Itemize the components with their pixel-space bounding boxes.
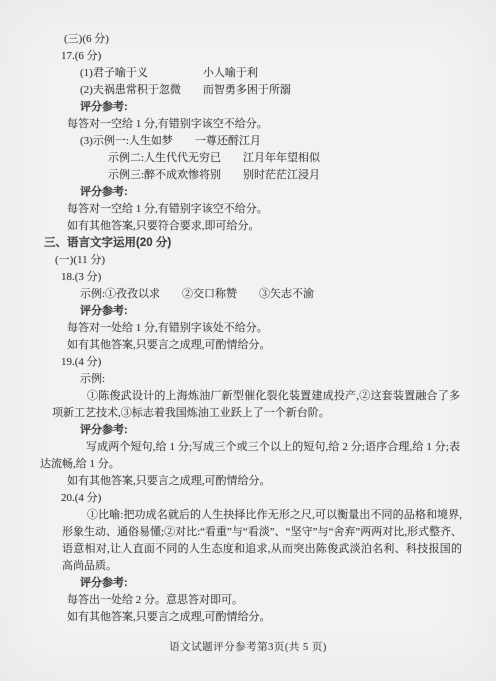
q17-blank3-example-2: 示例二:人生代代无穷已 江月年年望相似 — [108, 150, 496, 167]
part-c-heading: (三)(6 分) — [64, 31, 496, 48]
document-body: (三)(6 分) 17.(6 分) (1)君子喻于义 小人喻于利 (2)夫祸患常… — [0, 31, 496, 626]
q20-scoring-rule-1: 每答出一处给 2 分。意思答对即可。 — [67, 592, 496, 609]
q20-answer: ①比喻:把功成名就后的人生抉择比作无形之尺,可以衡量出不同的品格和境界,形象生动… — [62, 507, 462, 575]
part-3-heading: 三、语言文字运用(20 分) — [44, 235, 496, 252]
q18-scoring-title: 评分参考: — [80, 303, 496, 320]
q17-blank-2: (2)夫祸患常积于忽微 而智勇多困于所溺 — [80, 82, 496, 99]
q19-scoring-rule-2: 如有其他答案,只要言之成理,可酌情给分。 — [67, 473, 496, 490]
q18-answer: 示例:①孜孜以求 ②交口称赞 ③矢志不渝 — [80, 286, 496, 303]
q19-scoring-title: 评分参考: — [80, 422, 496, 439]
q18-scoring-rule-2: 如有其他答案,只要言之成理,可酌情给分。 — [67, 337, 496, 354]
q20-label: 20.(4 分) — [61, 490, 496, 507]
q19-scoring-rule-1: 写成两个短句,给 1 分;写成三个或三个以上的短句,给 2 分;语序合理,给 1… — [40, 439, 460, 473]
q20-scoring-rule-2: 如有其他答案,只要言之成理,可酌情给分。 — [67, 609, 496, 626]
q17-scoring2-rule-1: 每答对一空给 1 分,有错别字该空不给分。 — [67, 201, 496, 218]
q18-label: 18.(3 分) — [61, 269, 496, 286]
page-footer: 语文试题评分参考第3页(共 5 页) — [0, 639, 496, 654]
q17-scoring1-title: 评分参考: — [80, 99, 496, 116]
q18-scoring-rule-1: 每答对一处给 1 分,有错别字该处不给分。 — [67, 320, 496, 337]
q17-scoring2-rule-2: 如有其他答案,只要符合要求,即可给分。 — [67, 218, 496, 235]
q19-label: 19.(4 分) — [61, 354, 496, 371]
q19-answer-intro: 示例: — [80, 371, 496, 388]
q17-blank-1: (1)君子喻于义 小人喻于利 — [80, 65, 496, 82]
q19-answer: ①陈俊武设计的上海炼油厂新型催化裂化装置建成投产,②这套装置融合了多项新工艺技术… — [52, 388, 460, 422]
q20-scoring-title: 评分参考: — [80, 575, 496, 592]
q17-scoring1-rule: 每答对一空给 1 分,有错别字该空不给分。 — [67, 116, 496, 133]
q17-scoring2-title: 评分参考: — [80, 184, 496, 201]
q17-label: 17.(6 分) — [61, 48, 496, 65]
q17-blank3-example-3: 示例三:醉不成欢惨将别 别时茫茫江浸月 — [108, 167, 496, 184]
part-3-sub-heading: (一)(11 分) — [55, 252, 496, 269]
q17-blank3-example-1: (3)示例一:人生如梦 一尊还酹江月 — [80, 133, 496, 150]
scanned-answer-key-page: (三)(6 分) 17.(6 分) (1)君子喻于义 小人喻于利 (2)夫祸患常… — [0, 0, 496, 681]
